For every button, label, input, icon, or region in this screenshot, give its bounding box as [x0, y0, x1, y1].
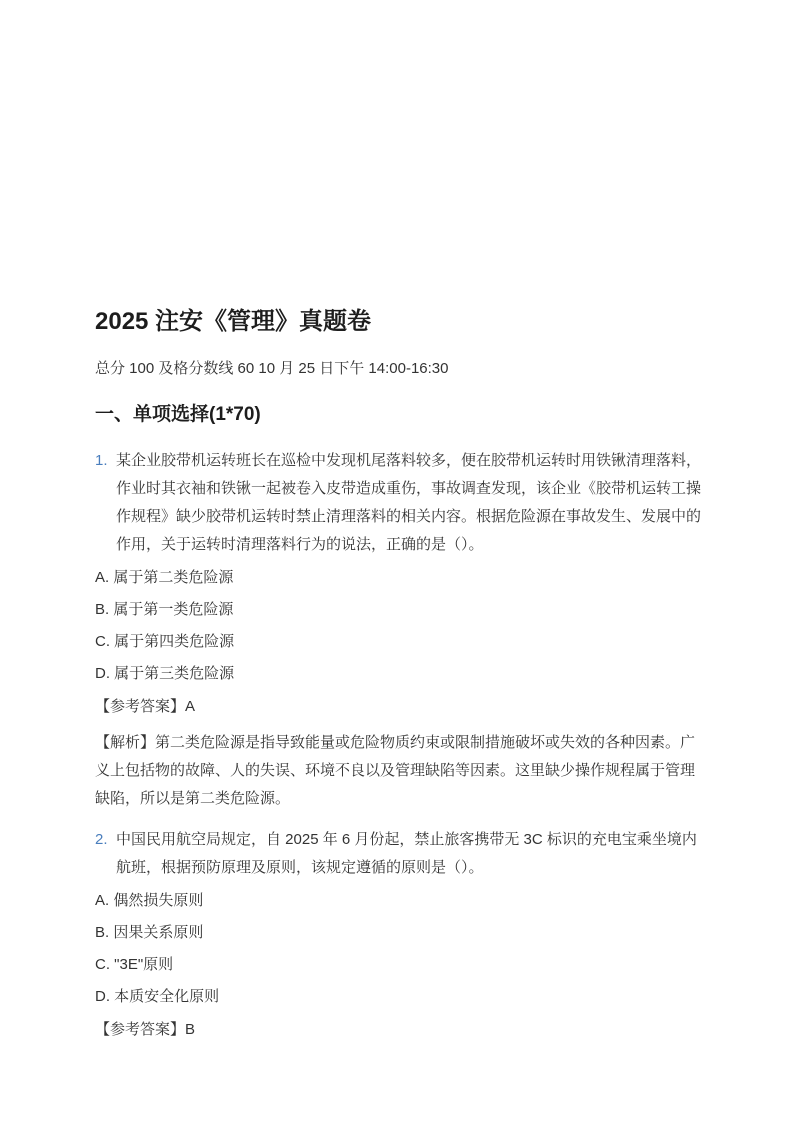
question-1-number: 1. — [95, 447, 116, 475]
question-2-text: 中国民用航空局规定，自 2025 年 6 月份起，禁止旅客携带无 3C 标识的充… — [116, 826, 703, 882]
exam-meta-line: 总分 100 及格分数线 60 10 月 25 日下午 14:00-16:30 — [95, 358, 703, 379]
question-1-text: 某企业胶带机运转班长在巡检中发现机尾落料较多，便在胶带机运转时用铁锹清理落料，作… — [116, 447, 703, 559]
question-1-option-a: A. 属于第二类危险源 — [95, 565, 703, 591]
question-2-option-b: B. 因果关系原则 — [95, 920, 703, 946]
question-2-stem: 2. 中国民用航空局规定，自 2025 年 6 月份起，禁止旅客携带无 3C 标… — [95, 826, 703, 882]
question-1: 1. 某企业胶带机运转班长在巡检中发现机尾落料较多，便在胶带机运转时用铁锹清理落… — [95, 447, 703, 813]
question-1-option-b: B. 属于第一类危险源 — [95, 597, 703, 623]
question-2-number: 2. — [95, 826, 116, 854]
question-1-option-d: D. 属于第三类危险源 — [95, 661, 703, 687]
question-2-option-c: C. "3E"原则 — [95, 952, 703, 978]
question-1-option-c: C. 属于第四类危险源 — [95, 629, 703, 655]
question-1-analysis: 【解析】第二类危险源是指导致能量或危险物质约束或限制措施破坏或失效的各种因素。广… — [95, 729, 703, 813]
question-2-option-d: D. 本质安全化原则 — [95, 984, 703, 1010]
question-2: 2. 中国民用航空局规定，自 2025 年 6 月份起，禁止旅客携带无 3C 标… — [95, 826, 703, 1043]
page-title: 2025 注安《管理》真题卷 — [95, 306, 703, 337]
question-2-answer: 【参考答案】B — [95, 1017, 703, 1043]
question-1-answer: 【参考答案】A — [95, 694, 703, 720]
question-2-option-a: A. 偶然损失原则 — [95, 888, 703, 914]
exam-document-page: 2025 注安《管理》真题卷 总分 100 及格分数线 60 10 月 25 日… — [0, 0, 793, 1122]
section-heading: 一、单项选择(1*70) — [95, 402, 703, 428]
question-1-stem: 1. 某企业胶带机运转班长在巡检中发现机尾落料较多，便在胶带机运转时用铁锹清理落… — [95, 447, 703, 559]
